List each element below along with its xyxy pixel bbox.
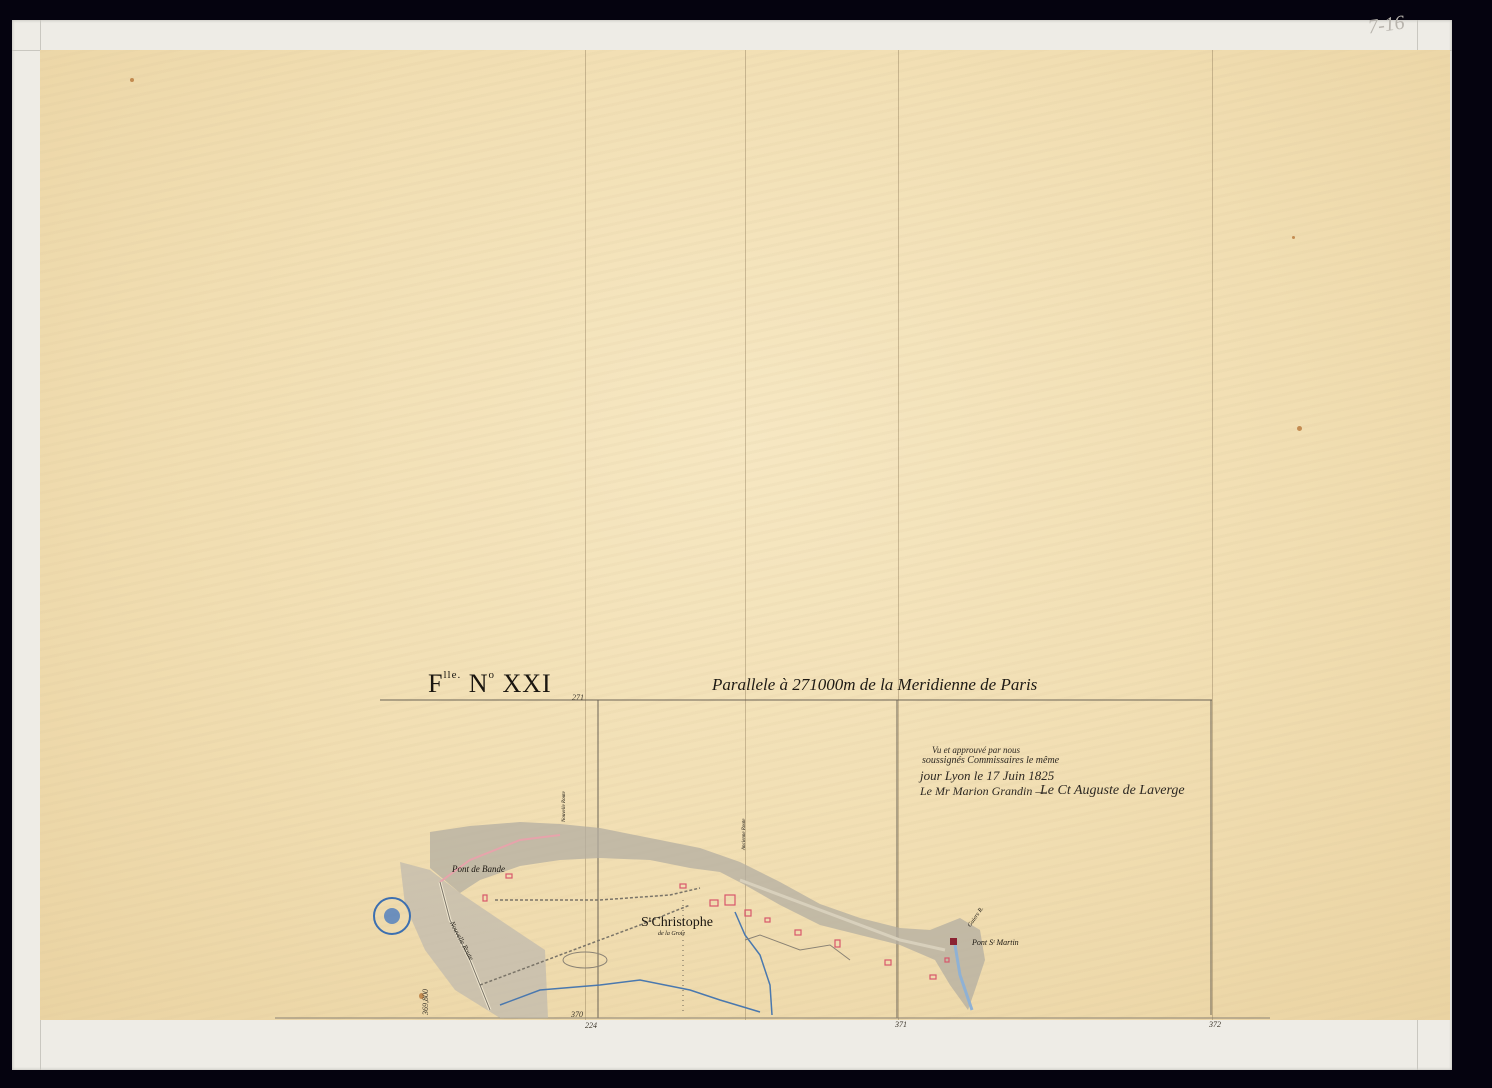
sheet-title: Flle. No XXI: [428, 669, 552, 699]
label-route-vertical: Nouvelle Route: [562, 791, 567, 822]
map-linework: [0, 0, 1492, 1088]
label-ancienne-route: Ancienne Route: [742, 818, 747, 850]
label-pont-st-martin: Pont Sᵗ Martin: [972, 938, 1019, 947]
sheet-number-label: N: [469, 669, 489, 698]
library-stamp: [373, 897, 411, 935]
sheet-title-sup: lle.: [443, 669, 461, 681]
sheet-number-sup: o: [489, 669, 496, 681]
grid-tick-371: 371: [895, 1020, 907, 1029]
label-pont-de-bande: Pont de Bande: [452, 864, 505, 874]
sheet-number: XXI: [503, 669, 552, 698]
approval-line: Vu et approuvé par nous: [932, 745, 1190, 755]
grid-tick-372: 372: [1209, 1020, 1221, 1029]
label-st-christophe: SᵗChristophe: [641, 915, 713, 931]
parallel-label: Parallele à 271000m de la Meridienne de …: [712, 675, 1037, 695]
approval-line: jour Lyon le 17 Juin 1825: [920, 768, 1190, 784]
stamp-emblem: [384, 908, 400, 924]
sheet-title-prefix: F: [428, 669, 443, 698]
signature: Le Ct Auguste de Laverge: [1040, 783, 1185, 799]
grid-tick-vertical: 369,800: [421, 989, 430, 1015]
grid-tick-top: 271: [572, 693, 584, 702]
approval-line: soussignés Commissaires le même: [922, 755, 1190, 766]
label-st-christophe-sub: de la Grote: [658, 931, 685, 937]
grid-tick-bottom-lower: 224: [585, 1021, 597, 1030]
grid-tick-bottom-upper: 370: [571, 1010, 583, 1019]
